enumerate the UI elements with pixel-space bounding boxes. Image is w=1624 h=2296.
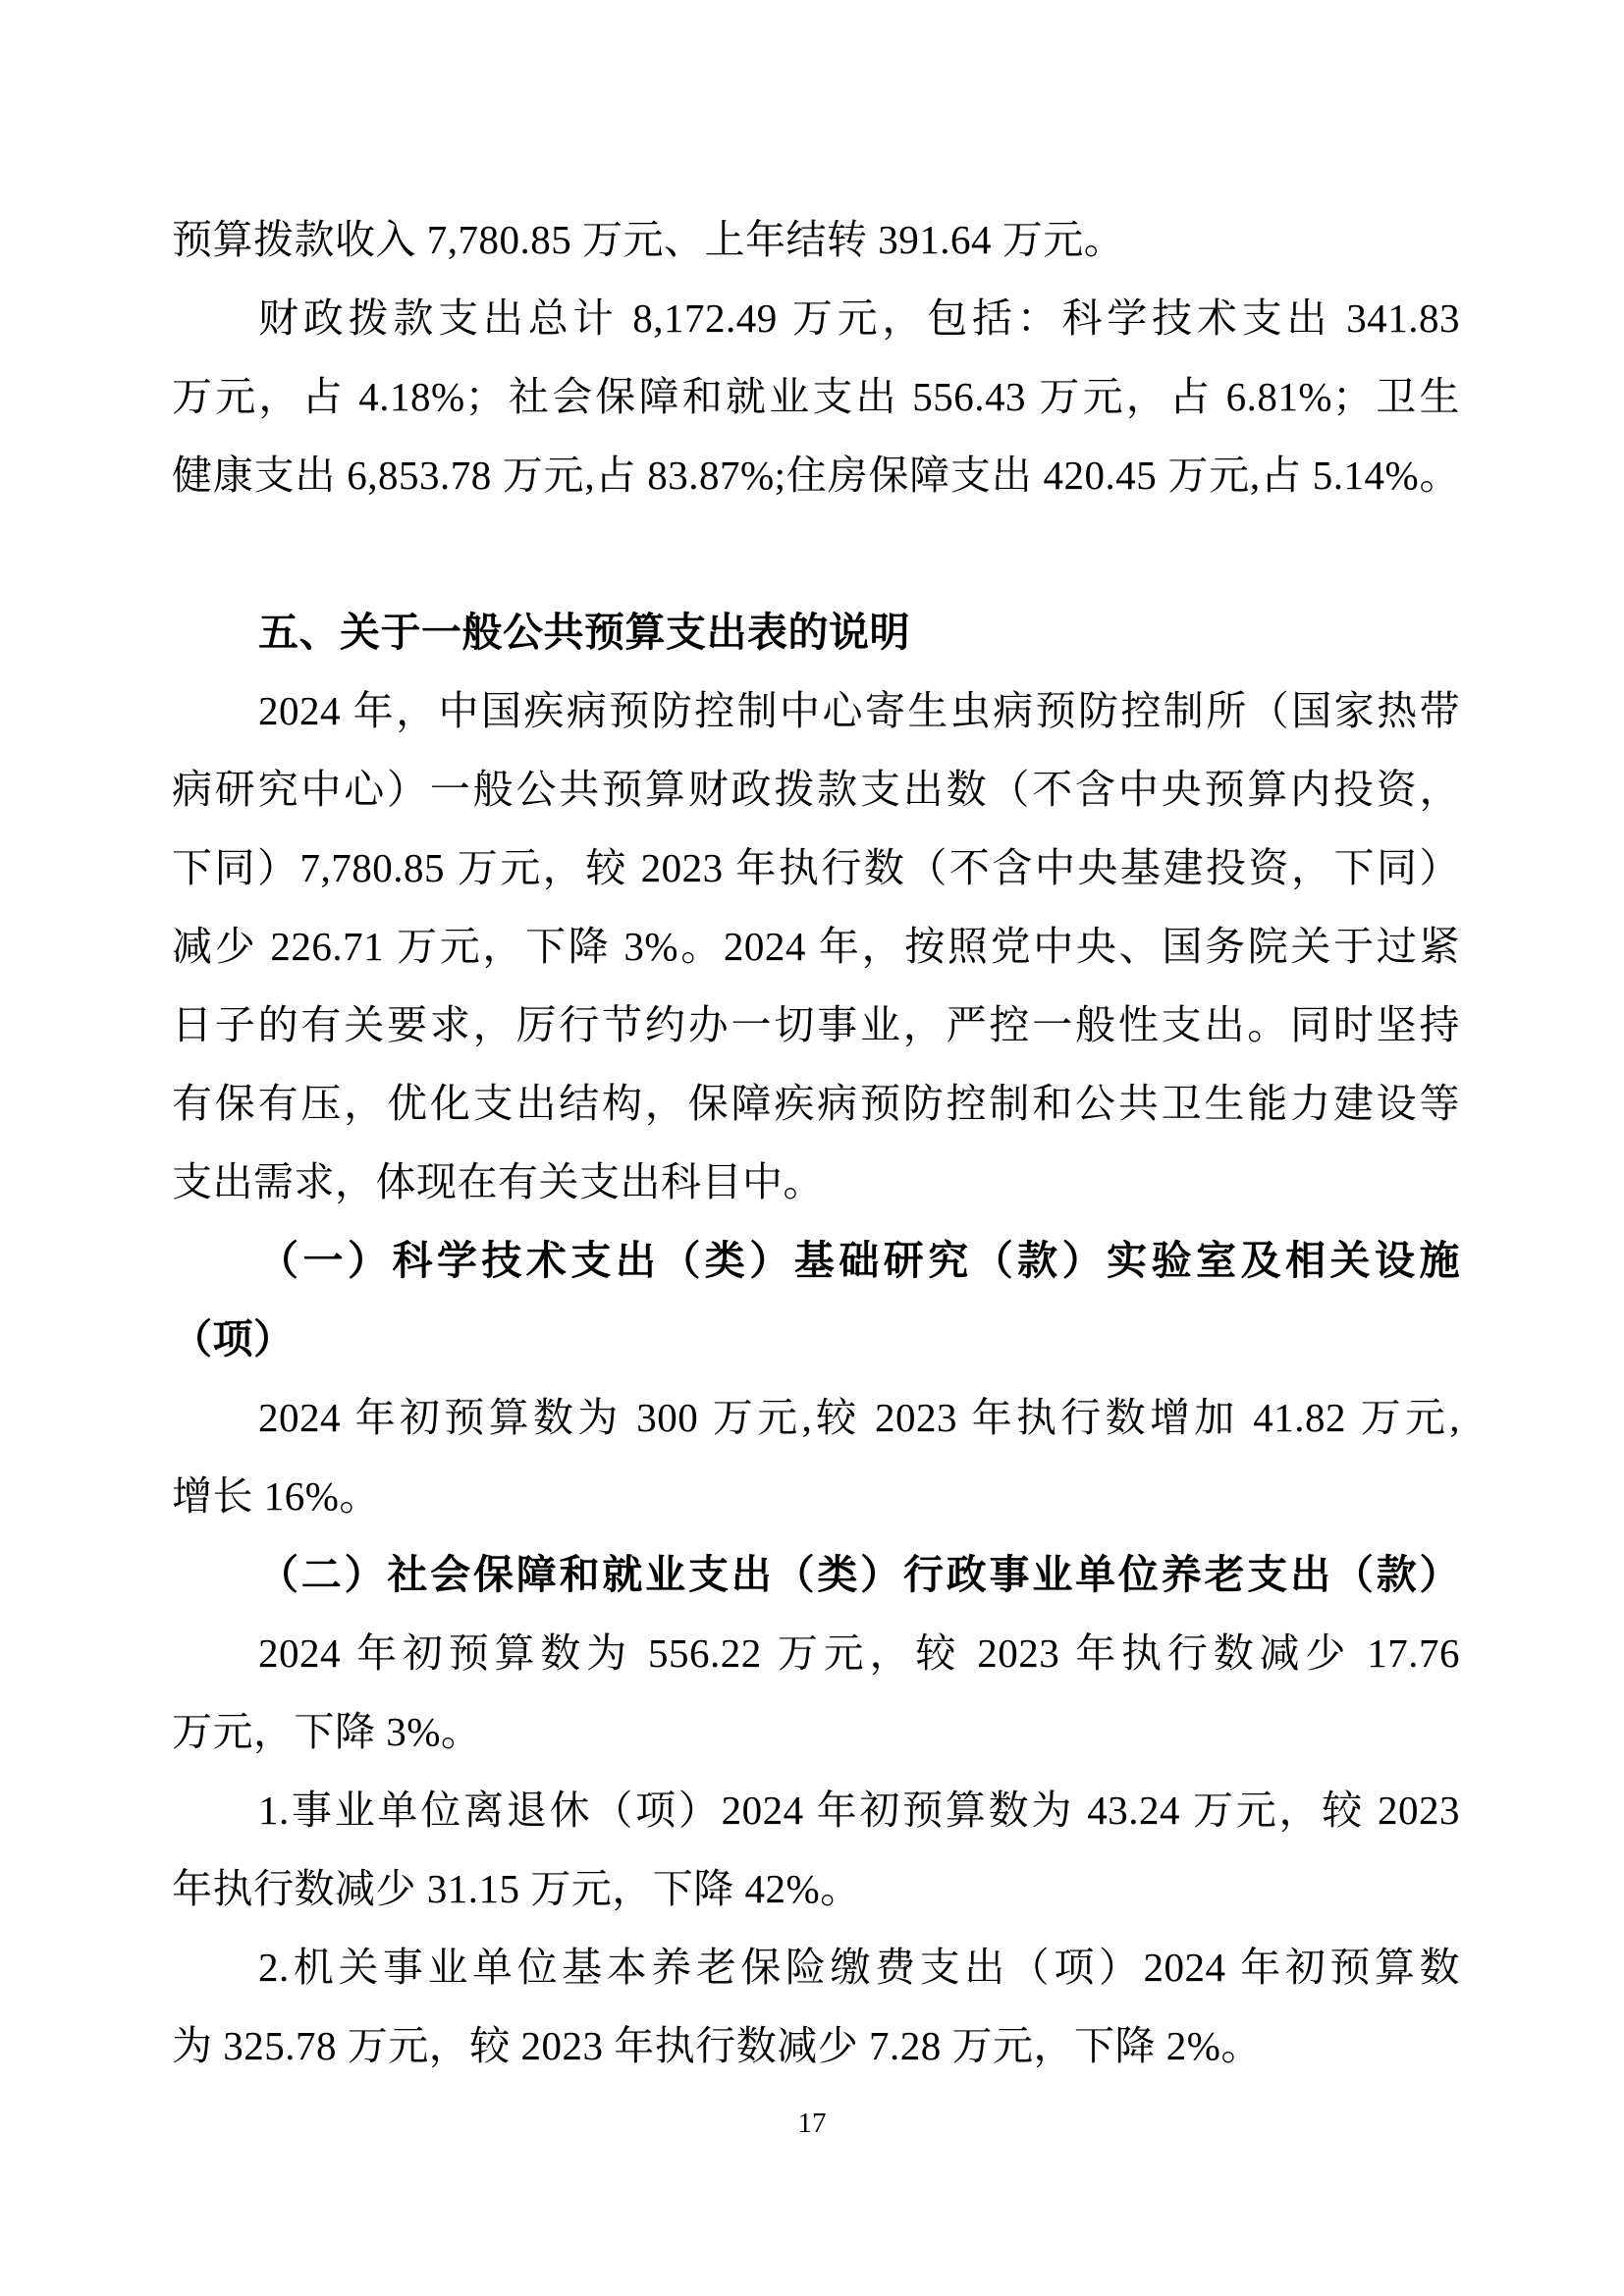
document-page: 预算拨款收入 7,780.85 万元、上年结转 391.64 万元。财政拨款支出… [0, 0, 1624, 2296]
text-line: 年执行数减少 31.15 万元，下降 42%。 [172, 1849, 1460, 1928]
text-line: 2024 年初预算数为 556.22 万元，较 2023 年执行数减少 17.7… [172, 1614, 1460, 1692]
text-line: 有保有压，优化支出结构，保障疾病预防控制和公共卫生能力建设等 [172, 1064, 1460, 1143]
page-number: 17 [0, 2099, 1624, 2148]
text-line: 支出需求，体现在有关支出科目中。 [172, 1143, 1460, 1221]
text-line: 2.机关事业单位基本养老保险缴费支出（项）2024 年初预算数 [172, 1928, 1460, 2006]
text-line: 1.事业单位离退休（项）2024 年初预算数为 43.24 万元，较 2023 [172, 1771, 1460, 1849]
text-line: 日子的有关要求，厉行节约办一切事业，严控一般性支出。同时坚持 [172, 986, 1460, 1064]
section-heading-line: （二）社会保障和就业支出（类）行政事业单位养老支出（款） [172, 1535, 1460, 1614]
text-line: 万元，下降 3%。 [172, 1692, 1460, 1771]
text-line: 下同）7,780.85 万元，较 2023 年执行数（不含中央基建投资，下同） [172, 828, 1460, 907]
text-line: 预算拨款收入 7,780.85 万元、上年结转 391.64 万元。 [172, 200, 1460, 279]
section-heading-line: （一）科学技术支出（类）基础研究（款）实验室及相关设施 [172, 1221, 1460, 1300]
blank-line [172, 514, 1460, 593]
section-heading-line: 五、关于一般公共预算支出表的说明 [172, 593, 1460, 671]
text-line: 病研究中心）一般公共预算财政拨款支出数（不含中央预算内投资， [172, 750, 1460, 828]
text-line: 减少 226.71 万元，下降 3%。2024 年，按照党中央、国务院关于过紧 [172, 907, 1460, 986]
section-heading-line: （项） [172, 1300, 1460, 1378]
text-line: 2024 年初预算数为 300 万元,较 2023 年执行数增加 41.82 万… [172, 1378, 1460, 1457]
text-line: 增长 16%。 [172, 1457, 1460, 1535]
text-line: 为 325.78 万元，较 2023 年执行数减少 7.28 万元，下降 2%。 [172, 2006, 1460, 2085]
text-line: 健康支出 6,853.78 万元,占 83.87%;住房保障支出 420.45 … [172, 436, 1460, 514]
text-line: 财政拨款支出总计 8,172.49 万元，包括：科学技术支出 341.83 [172, 279, 1460, 357]
text-block: 预算拨款收入 7,780.85 万元、上年结转 391.64 万元。财政拨款支出… [172, 200, 1460, 2085]
text-line: 2024 年，中国疾病预防控制中心寄生虫病预防控制所（国家热带 [172, 671, 1460, 750]
text-line: 万元，占 4.18%；社会保障和就业支出 556.43 万元，占 6.81%；卫… [172, 357, 1460, 436]
